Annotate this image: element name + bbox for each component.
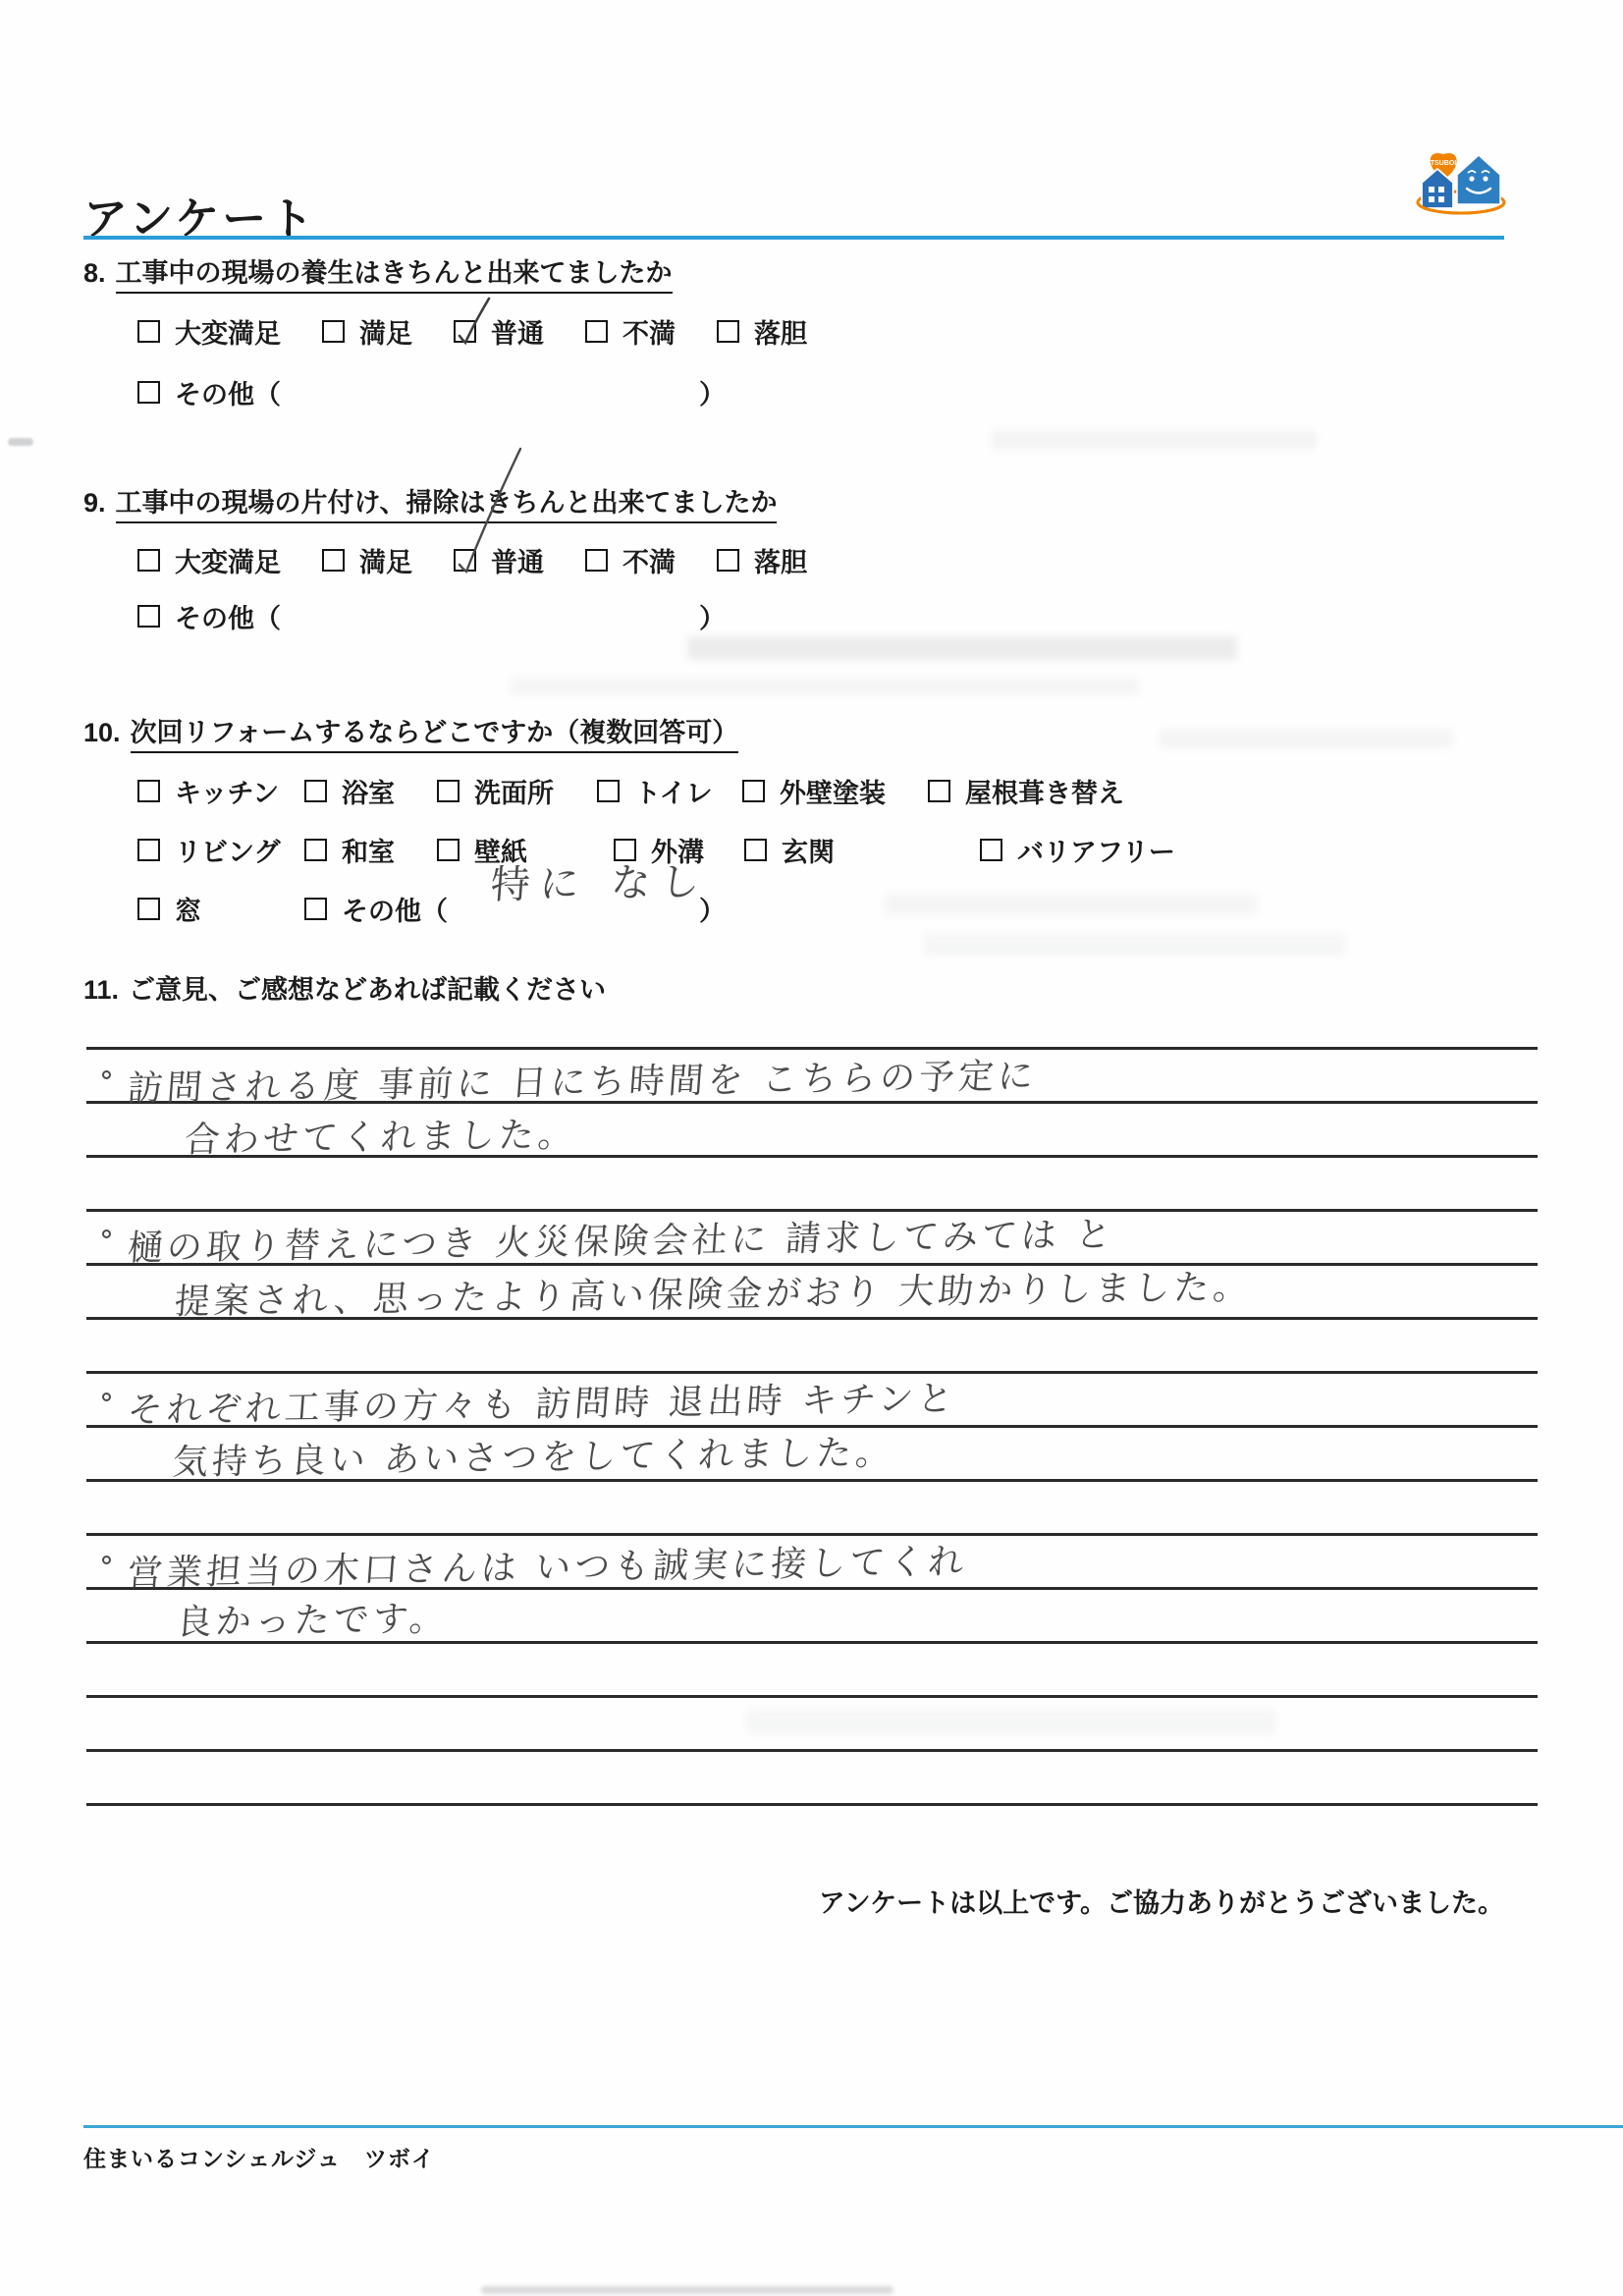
q8-text: 工事中の現場の養生はきちんと出来てましたか <box>116 258 673 294</box>
q10-checkbox-bathroom[interactable] <box>304 780 327 802</box>
q10-text: 次回リフォームするならどこですか（複数回答可） <box>131 718 739 753</box>
scanned-survey-page: アンケート TSUBOI 8.工事中の現場の養生はきちんと出来てましたか 大変満… <box>0 0 1623 2296</box>
q8-checkbox-other[interactable] <box>137 381 160 404</box>
q10-checkbox-roof-replacement[interactable] <box>928 780 950 802</box>
q9-checkbox-other[interactable] <box>137 605 160 628</box>
option-label: リビング <box>175 831 280 869</box>
handwritten-comment-3-line-2: 気持ち良い あいさつをしてくれました。 <box>171 1425 896 1485</box>
scan-artifact <box>481 2286 893 2294</box>
option-label: バリアフリー <box>1017 831 1175 869</box>
q10-checkbox-washroom[interactable] <box>437 780 460 802</box>
checkmark-icon <box>452 293 495 348</box>
q8-option-satisfied: 満足 <box>322 312 412 351</box>
q9-option-disappointed: 落胆 <box>717 541 807 579</box>
q9-option-normal: 普通 <box>454 541 544 579</box>
q8-option-disappointed: 落胆 <box>717 312 807 351</box>
q9-other-label: その他（ <box>175 597 281 635</box>
option-label: 洗面所 <box>474 772 554 810</box>
q10-checkbox-japanese-room[interactable] <box>304 839 327 861</box>
scan-artifact <box>884 894 1257 915</box>
q10-option-entrance: 玄関 <box>744 831 980 869</box>
q8-heading: 8.工事中の現場の養生はきちんと出来てましたか <box>83 251 673 290</box>
q9-text: 工事中の現場の片付け、掃除はきちんと出来てましたか <box>116 488 778 523</box>
handwritten-comment-2-line-1: 樋の取り替えにつき 火災保険会社に 請求してみては と <box>126 1207 1116 1271</box>
scan-artifact <box>746 1709 1276 1734</box>
option-label: 不満 <box>622 541 676 579</box>
option-label: 外壁塗装 <box>780 772 886 810</box>
q10-checkbox-kitchen[interactable] <box>137 780 160 802</box>
q9-other-close-paren: ） <box>699 597 726 635</box>
comment-bullet <box>102 1070 111 1079</box>
q10-checkbox-living[interactable] <box>137 839 160 861</box>
option-label: 満足 <box>359 541 412 579</box>
tsuboi-logo: TSUBOI <box>1414 143 1512 220</box>
footer-divider <box>83 2125 1623 2128</box>
handwritten-comment-3-line-1: それぞれ工事の方々も 訪問時 退出時 キチンと <box>126 1371 958 1433</box>
option-label: 満足 <box>359 312 412 351</box>
q11-text: ご意見、ご感想などあれば記載ください <box>129 975 606 1009</box>
option-label: 大変満足 <box>175 541 281 579</box>
scan-artifact <box>511 678 1139 695</box>
closing-note: アンケートは以上です。ご協力ありがとうございました。 <box>819 1882 1504 1920</box>
option-label: 落胆 <box>754 541 807 579</box>
option-label: 屋根葺き替え <box>965 772 1124 810</box>
q9-checkbox-very-satisfied[interactable] <box>137 549 160 572</box>
q8-checkbox-dissatisfied[interactable] <box>585 320 608 343</box>
scan-artifact <box>923 933 1345 957</box>
q8-checkbox-normal[interactable] <box>454 320 476 343</box>
comment-ruled-lines-area[interactable]: 訪問される度 事前に 日にち時間を こちらの予定に 合わせてくれました。 樋の取… <box>86 1037 1538 1811</box>
scan-artifact <box>1159 729 1453 748</box>
house-eye <box>1483 176 1488 181</box>
q10-option-other: その他（ <box>304 890 448 928</box>
q10-number: 10. <box>83 718 121 747</box>
q10-checkbox-other[interactable] <box>304 898 327 920</box>
q10-checkbox-exterior-paint[interactable] <box>742 780 765 802</box>
q10-other-handwritten-value: 特に なし <box>489 850 712 909</box>
q9-checkbox-dissatisfied[interactable] <box>585 549 608 572</box>
scan-artifact <box>992 430 1316 450</box>
q10-row1: キッチン 浴室 洗面所 トイレ 外壁塗装 屋根葺き替え <box>137 772 1124 810</box>
q10-option-living: リビング <box>137 831 304 869</box>
q8-other-label: その他（ <box>175 373 281 411</box>
option-label: 窓 <box>175 890 201 928</box>
q10-option-barrier-free: バリアフリー <box>980 831 1175 869</box>
q8-options-row: 大変満足 満足 普通 不満 落胆 <box>137 312 807 351</box>
logo-text: TSUBOI <box>1431 160 1457 167</box>
q9-option-very-satisfied: 大変満足 <box>137 541 281 579</box>
q10-heading: 10.次回リフォームするならどこですか（複数回答可） <box>83 711 738 749</box>
house-window <box>1438 196 1444 202</box>
q8-checkbox-very-satisfied[interactable] <box>137 320 160 343</box>
comment-bullet <box>102 1393 111 1401</box>
option-label: 落胆 <box>754 312 807 351</box>
q11-number: 11. <box>83 975 119 1005</box>
q10-other-close-paren: ） <box>699 890 726 928</box>
handwritten-comment-1-line-1: 訪問される度 事前に 日にち時間を こちらの予定に <box>126 1049 1039 1112</box>
q9-checkbox-normal[interactable] <box>454 549 476 572</box>
q10-other-label: その他（ <box>342 890 448 928</box>
option-label: 不満 <box>622 312 676 351</box>
q10-option-toilet: トイレ <box>597 772 742 810</box>
checkmark-icon <box>452 439 534 576</box>
q8-other-row: その他（ <box>137 373 281 411</box>
q8-other-close-paren: ） <box>699 373 726 411</box>
q10-option-exterior-paint: 外壁塗装 <box>742 772 928 810</box>
q10-row3: 窓 その他（ <box>137 890 448 928</box>
q10-checkbox-wallpaper[interactable] <box>437 839 460 861</box>
q10-option-roof-replacement: 屋根葺き替え <box>928 772 1124 810</box>
handwritten-comment-1-line-2: 合わせてくれました。 <box>183 1107 579 1163</box>
comment-bullet <box>102 1230 111 1238</box>
option-label: 玄関 <box>782 831 835 869</box>
q9-checkbox-disappointed[interactable] <box>717 549 739 572</box>
q8-checkbox-disappointed[interactable] <box>717 320 739 343</box>
q10-option-japanese-room: 和室 <box>304 831 437 869</box>
q10-checkbox-window[interactable] <box>137 898 160 920</box>
handwritten-comment-2-line-2: 提案され、思ったより高い保険金がおり 大助かりしました。 <box>173 1259 1254 1324</box>
house-window <box>1438 187 1444 192</box>
q10-option-window: 窓 <box>137 890 304 928</box>
house-window <box>1429 196 1434 202</box>
q10-option-bathroom: 浴室 <box>304 772 437 810</box>
scan-artifact <box>687 636 1237 660</box>
q9-other-row: その他（ <box>137 597 281 635</box>
q11-heading: 11.ご意見、ご感想などあれば記載ください <box>83 968 606 1007</box>
q9-option-satisfied: 満足 <box>322 541 412 579</box>
q9-options-row: 大変満足 満足 普通 不満 落胆 <box>137 541 807 579</box>
q10-checkbox-entrance[interactable] <box>744 839 767 861</box>
q8-number: 8. <box>83 258 106 288</box>
house-eye <box>1469 176 1474 181</box>
q8-option-very-satisfied: 大変満足 <box>137 312 281 351</box>
title-underline <box>83 236 1504 240</box>
q9-number: 9. <box>83 488 106 518</box>
comment-bullet <box>102 1556 111 1564</box>
q8-option-dissatisfied: 不満 <box>585 312 676 351</box>
q9-heading: 9.工事中の現場の片付け、掃除はきちんと出来てましたか <box>83 481 777 519</box>
option-label: 和室 <box>342 831 395 869</box>
q9-checkbox-satisfied[interactable] <box>322 549 345 572</box>
big-house-icon <box>1457 155 1500 204</box>
option-label: キッチン <box>175 772 279 810</box>
q10-checkbox-barrier-free[interactable] <box>980 839 1002 861</box>
q9-option-dissatisfied: 不満 <box>585 541 676 579</box>
q8-option-normal: 普通 <box>454 312 544 351</box>
handwritten-comment-4-line-2: 良かったです。 <box>175 1591 451 1645</box>
footer-company-name: 住まいるコンシェルジュ ツボイ <box>83 2141 435 2173</box>
scan-artifact <box>8 438 33 446</box>
q8-checkbox-satisfied[interactable] <box>322 320 345 343</box>
q10-option-kitchen: キッチン <box>137 772 304 810</box>
option-label: 普通 <box>491 312 544 351</box>
q10-option-washroom: 洗面所 <box>437 772 597 810</box>
q10-checkbox-toilet[interactable] <box>597 780 620 802</box>
option-label: 大変満足 <box>175 312 281 351</box>
handwritten-comment-4-line-1: 営業担当の木口さんは いつも誠実に接してくれ <box>126 1534 969 1596</box>
house-window <box>1429 187 1434 192</box>
option-label: 浴室 <box>342 772 395 810</box>
option-label: トイレ <box>634 772 713 810</box>
